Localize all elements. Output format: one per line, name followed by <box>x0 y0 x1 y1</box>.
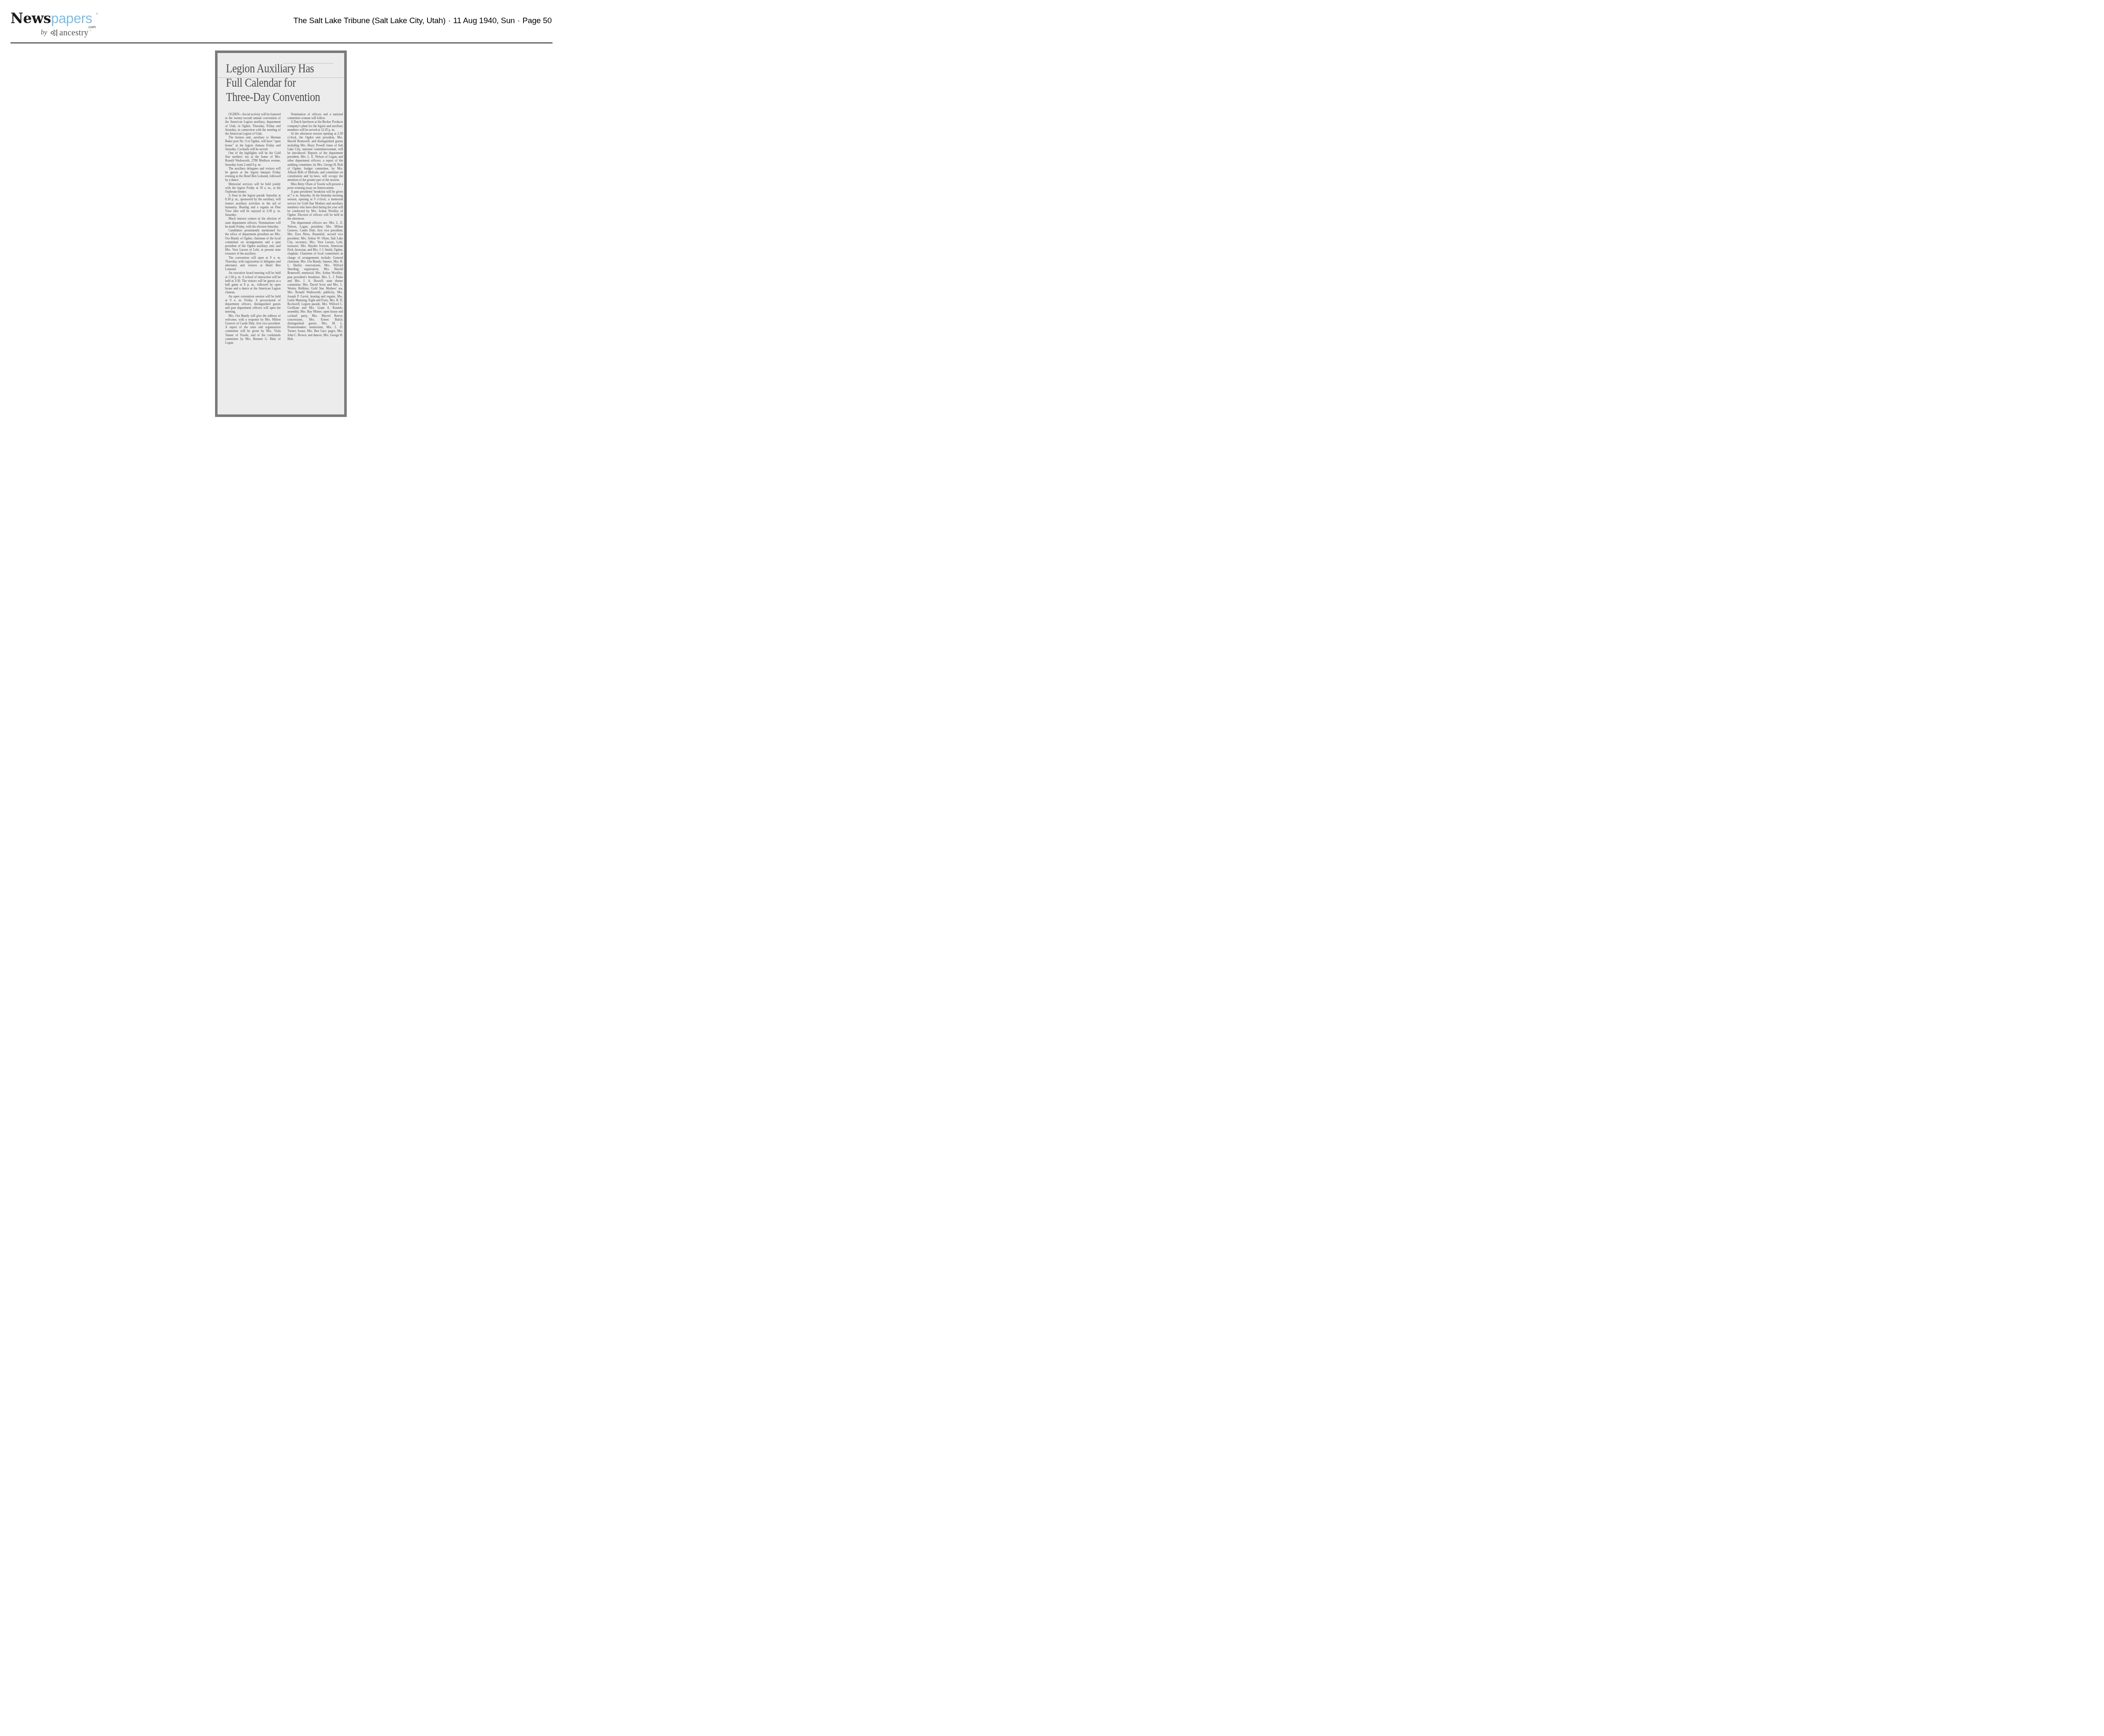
headline-line: Legion Auxiliary Has <box>226 61 327 76</box>
article-body: OGDEN—Social activity will be featured a… <box>225 112 343 345</box>
registered-mark: ® <box>90 30 91 32</box>
article-paragraph: The convention will open at 9 a. m. Thur… <box>225 256 281 271</box>
citation-separator: · <box>517 16 520 25</box>
article-paragraph: A float in the legion parade Saturday at… <box>225 194 281 217</box>
newspapers-logo[interactable]: Newspapers ™ .com by ancestry ® <box>11 11 99 37</box>
article-paragraph: An executive board meeting will be held … <box>225 271 281 294</box>
headline-line: Three-Day Convention <box>226 90 327 104</box>
headline-line: Full Calendar for <box>226 76 327 90</box>
clipping-frame: Legion Auxiliary Has Full Calendar for T… <box>215 50 347 417</box>
article-paragraph: A Dutch luncheon at the Becker Products … <box>287 120 343 132</box>
publication-date: 11 Aug 1940, Sun <box>453 16 515 25</box>
article-paragraph: One of the highlights will be the Gold S… <box>225 151 281 167</box>
article-column-right: Nomination of officers and a national co… <box>287 112 343 345</box>
article-column-left: OGDEN—Social activity will be featured a… <box>225 112 281 345</box>
article-paragraph: Candidates prominently mentioned for the… <box>225 228 281 255</box>
article-paragraph: The auxiliary delegates and visitors wil… <box>225 167 281 182</box>
article-paragraph: Much interest centers in the election of… <box>225 217 281 228</box>
article-paragraph: An open convention session will be held … <box>225 295 281 314</box>
article-headline: Legion Auxiliary Has Full Calendar for T… <box>226 61 327 104</box>
page-number: Page 50 <box>523 16 552 25</box>
article-paragraph: The hostess unit, auxiliary to Herman Ba… <box>225 135 281 151</box>
logo-by-text: by <box>41 29 47 37</box>
logo-wordmark: Newspapers <box>11 11 92 26</box>
article-paragraph: Miss Betty Olsen of Tooele will present … <box>287 182 343 190</box>
trademark-mark: ™ <box>96 13 98 16</box>
publication-name: The Salt Lake Tribune (Salt Lake City, U… <box>293 16 446 25</box>
ancestry-leaf-icon <box>50 29 58 37</box>
article-paragraph: A past presidents' breakfast will be giv… <box>287 190 343 221</box>
clipping-image: Legion Auxiliary Has Full Calendar for T… <box>218 53 344 414</box>
article-paragraph: The department officers are: Mrs. L. E. … <box>287 221 343 341</box>
article-paragraph: OGDEN—Social activity will be featured a… <box>225 112 281 135</box>
logo-ancestry-text: ancestry <box>59 28 88 38</box>
header-divider <box>11 42 553 43</box>
citation-separator: · <box>448 16 451 25</box>
article-paragraph: At the afternoon session opening at 2:30… <box>287 132 343 182</box>
clipping-citation: The Salt Lake Tribune (Salt Lake City, U… <box>293 16 552 26</box>
article-paragraph: Mrs. Ora Bundy will give the address of … <box>225 314 281 345</box>
by-ancestry-lockup: by ancestry ® <box>41 28 91 37</box>
page-header: Newspapers ™ .com by ancestry ® The Salt… <box>0 0 557 43</box>
logo-news-text: News <box>11 10 51 27</box>
article-paragraph: Nomination of officers and a national co… <box>287 112 343 120</box>
article-paragraph: Memorial services will be held jointly w… <box>225 182 281 194</box>
logo-papers-text: papers <box>51 11 92 26</box>
